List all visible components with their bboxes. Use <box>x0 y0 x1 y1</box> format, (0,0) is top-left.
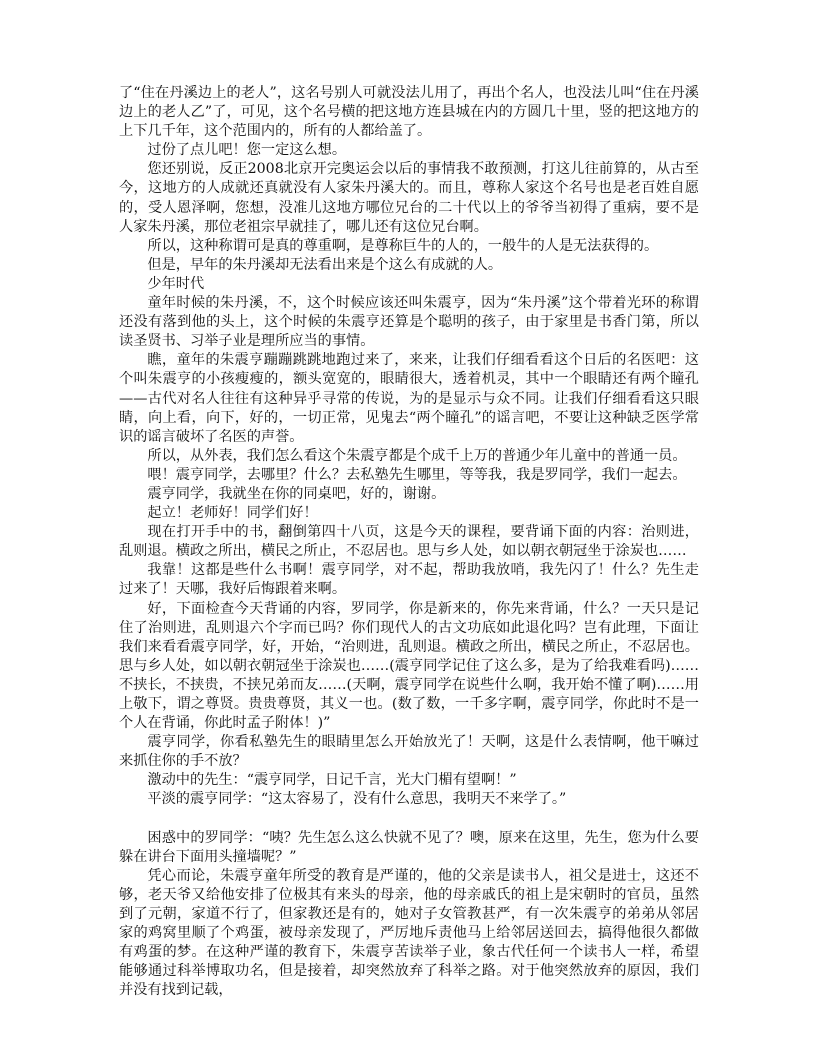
paragraph-13: 现在打开手中的书，翻倒第四十八页，这是今天的课程，要背诵下面的内容：治则进，乱则… <box>119 523 699 561</box>
paragraph-5: 但是，早年的朱丹溪却无法看出来是个这么有成就的人。 <box>119 256 699 275</box>
section-heading: 少年时代 <box>119 275 699 294</box>
paragraph-10: 喂！震亨同学，去哪里？什么？去私塾先生哪里，等等我，我是罗同学，我们一起去。 <box>119 466 699 485</box>
paragraph-1: 了“住在丹溪边上的老人”，这名号别人可就没法儿用了，再出个名人，也没法儿叫“住在… <box>119 84 699 141</box>
paragraph-3: 您还别说，反正2008北京开完奥运会以后的事情我不敢预测，打这儿往前算的，从古至… <box>119 160 699 236</box>
blank-line <box>119 810 699 829</box>
paragraph-20: 困惑中的罗同学：“咦？先生怎么这么快就不见了？噢，原来在这里，先生，您为什么要躲… <box>119 829 699 867</box>
paragraph-8: 瞧，童年的朱震亨蹦蹦跳跳地跑过来了，来来，让我们仔细看看这个日后的名医吧：这个叫… <box>119 351 699 446</box>
paragraph-7: 童年时候的朱丹溪，不，这个时候应该还叫朱震亨，因为“朱丹溪”这个带着光环的称谓还… <box>119 294 699 351</box>
paragraph-16: 震亨同学，你看私塾先生的眼睛里怎么开始放光了！天啊，这是什么表情啊，他干嘛过来抓… <box>119 733 699 771</box>
paragraph-11: 震亨同学，我就坐在你的同桌吧，好的，谢谢。 <box>119 485 699 504</box>
paragraph-17: 激动中的先生：“震亨同学，日记千言，光大门楣有望啊！” <box>119 771 699 790</box>
document-page: 了“住在丹溪边上的老人”，这名号别人可就没法儿用了，再出个名人，也没法儿叫“住在… <box>119 84 699 1001</box>
paragraph-9: 所以，从外表，我们怎么看这个朱震亨都是个成千上万的普通少年儿童中的普通一员。 <box>119 447 699 466</box>
paragraph-2: 过份了点儿吧！您一定这么想。 <box>119 141 699 160</box>
paragraph-18: 平淡的震亨同学：“这太容易了，没有什么意思，我明天不来学了。” <box>119 790 699 809</box>
paragraph-14: 我靠！这都是些什么书啊！震亨同学，对不起，帮助我放哨，我先闪了！什么？先生走过来… <box>119 561 699 599</box>
paragraph-21: 凭心而论，朱震亨童年所受的教育是严谨的，他的父亲是读书人，祖父是进士，这还不够，… <box>119 867 699 1001</box>
paragraph-12: 起立！老师好！同学们好！ <box>119 504 699 523</box>
paragraph-15: 好，下面检查今天背诵的内容，罗同学，你是新来的，你先来背诵，什么？一天只是记住了… <box>119 600 699 734</box>
paragraph-4: 所以，这种称谓可是真的尊重啊，是尊称巨牛的人的，一般牛的人是无法获得的。 <box>119 237 699 256</box>
